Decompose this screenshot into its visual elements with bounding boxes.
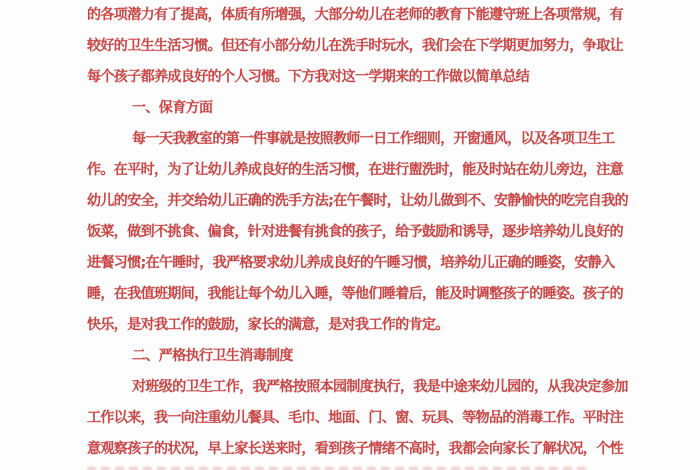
section-heading: 二、严格执行卫生消毒制度 xyxy=(87,341,621,372)
document-page: 的各项潜力有了提高，体质有所增强，大部分幼儿在老师的教育下能遵守班上各项常规，有… xyxy=(0,0,700,470)
text-line: 快乐，是对我工作的鼓励，家长的满意，是对我工作的肯定。 xyxy=(87,310,621,341)
text-line: 作。在平时，为了让幼儿养成良好的生活习惯，在进行盥洗时，能及时站在幼儿旁边，注意 xyxy=(87,155,621,186)
text-line: 饭菜，做到不挑食、偏食，针对进餐有挑食的孩子，给予鼓励和诱导，逐步培养幼儿良好的 xyxy=(87,217,621,248)
text-line: 意观察孩子的状况，早上家长送来时，看到孩子情绪不高时，我都会向家长了解状况，个性 xyxy=(87,434,621,465)
text-line: 的各项潜力有了提高，体质有所增强，大部分幼儿在老师的教育下能遵守班上各项常规，有 xyxy=(87,0,621,31)
document-text-block: 的各项潜力有了提高，体质有所增强，大部分幼儿在老师的教育下能遵守班上各项常规，有… xyxy=(87,0,621,465)
text-line: 每一天我教室的第一件事就是按照教师一日工作细则，开窗通风，以及各项卫生工 xyxy=(87,124,621,155)
text-line: 幼儿的安全，并交给幼儿正确的洗手方法;在午餐时，让幼儿做到不、安静愉快的吃完自我… xyxy=(87,186,621,217)
text-line: 每个孩子都养成良好的个人习惯。下方我对这一学期来的工作做以简单总结 xyxy=(87,62,621,93)
text-line: 进餐习惯;在午睡时，我严格要求幼儿养成良好的午睡习惯，培养幼儿正确的睡姿，安静入 xyxy=(87,248,621,279)
text-line: 对班级的卫生工作，我严格按照本园制度执行，我是中途来幼儿园的，从我决定参加 xyxy=(87,372,621,403)
text-line: 工作以来，我一向注重幼儿餐具、毛巾、地面、门、窗、玩具、等物品的消毒工作。平时注 xyxy=(87,403,621,434)
section-heading: 一、保育方面 xyxy=(87,93,621,124)
text-line: 较好的卫生生活习惯。但还有小部分幼儿在洗手时玩水，我们会在下学期更加努力，争取让 xyxy=(87,31,621,62)
text-line: 睡，在我值班期间，我能让每个幼儿入睡，等他们睡着后，能及时调整孩子的睡姿。孩子的 xyxy=(87,279,621,310)
